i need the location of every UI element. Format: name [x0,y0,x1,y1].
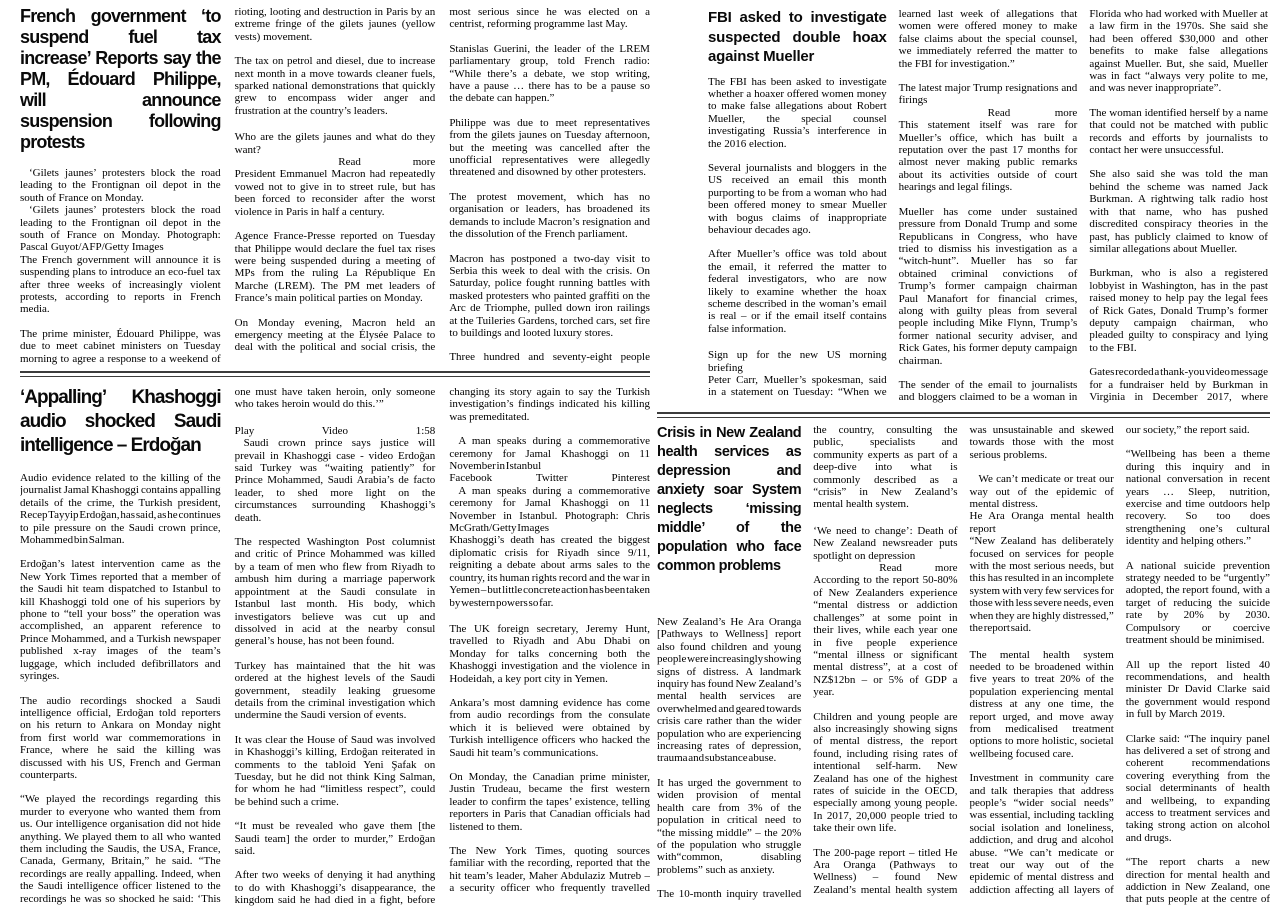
related-article-link[interactable]: The latest major Trump resignations and … [899,82,1078,107]
paragraph: According to the report 50-80% of New Ze… [813,574,957,698]
paragraph: Philippe was due to meet representatives… [449,117,650,179]
paragraph: Agence France-Presse reported on Tuesday… [235,230,436,304]
paragraph: ‘Gilets jaunes’ protesters block the roa… [20,204,221,254]
paragraph: Clarke said: “The inquiry panel has deli… [1126,733,1270,845]
article-body-khashoggi: Audio evidence related to the killing of… [20,386,650,907]
article-headline-fbi: FBI asked to investigate suspected doubl… [708,8,887,67]
paragraph: After Mueller’s office was told about th… [708,248,887,335]
paragraph: The FBI has been asked to investigate wh… [708,76,887,150]
article-khashoggi-audio: ‘Appalling’ Khashoggi audio shocked Saud… [20,386,650,907]
paragraph: President Emmanuel Macron had repeatedly… [235,168,436,218]
paragraph: It was clear the House of Saud was invol… [235,734,436,808]
paragraph: Saudi crown prince says justice will pre… [235,437,436,524]
paragraph: The tax on petrol and diesel, due to inc… [235,55,436,117]
section-divider-rule-right [657,412,1270,418]
paragraph: The protest movement, which has no organ… [449,191,650,241]
read-more-link[interactable]: Read more [813,562,957,574]
paragraph: The woman identified herself by a name t… [1089,107,1268,157]
paragraph: “It must be revealed who gave them [the … [235,820,436,857]
paragraph: The French government will announce it i… [20,254,221,316]
paragraph: On Monday, the Canadian prime minister, … [449,771,650,833]
play-video-link[interactable]: Play Video 1:58 [235,425,436,437]
article-fbi-mueller-hoax: FBI asked to investigate suspected doubl… [708,8,1268,407]
article-headline-french: French government ‘to suspend fuel tax i… [20,6,221,153]
article-headline-nz: Crisis in New Zealand health services as… [657,424,801,576]
paragraph: Turkey has maintained that the hit was o… [235,660,436,722]
paragraph: All up the report listed 40 recommendati… [1126,659,1270,721]
paragraph: This statement itself was rare for Muell… [899,119,1078,193]
paragraph: She also said she was told the man behin… [1089,168,1268,255]
paragraph: He Ara Oranga mental health report [970,510,1114,535]
read-more-link[interactable]: Read more [899,107,1078,119]
paragraph: New Zealand’s He Ara Oranga [Pathways to… [657,616,801,765]
paragraph: “Wellbeing has been a theme during this … [1126,448,1270,547]
paragraph: A man speaks during a commemorative cere… [449,485,650,535]
paragraph: The respected Washington Post columnist … [235,536,436,648]
paragraph: ‘Gilets jaunes’ protesters block the roa… [20,167,221,204]
social-share-links[interactable]: Facebook Twitter Pinterest [449,472,650,484]
article-french-fuel-tax: French government ‘to suspend fuel tax i… [20,6,650,366]
signup-link[interactable]: Sign up for the new US morning briefing [708,349,887,374]
paragraph: “New Zealand has deliberately focused on… [970,535,1114,634]
related-article-link[interactable]: ‘We need to change’: Death of New Zealan… [813,525,957,562]
paragraph: Khashoggi’s death has created the bigges… [449,534,650,608]
paragraph: We can’t medicate or treat our way out o… [970,473,1114,510]
paragraph: Stanislas Guerini, the leader of the LRE… [449,43,650,105]
paragraph: Children and young people are also incre… [813,711,957,835]
paragraph: The UK foreign secretary, Jeremy Hunt, t… [449,623,650,685]
paragraph: A man speaks during a commemorative cere… [449,435,650,472]
related-article-link[interactable]: Who are the gilets jaunes and what do th… [235,131,436,156]
paragraph: Burkman, who is also a registered lobbyi… [1089,267,1268,354]
paragraph: It has urged the government to widen pro… [657,777,801,876]
paragraph: The audio recordings shocked a Saudi int… [20,695,221,782]
article-body-fbi: The FBI has been asked to investigate wh… [708,8,1268,407]
paragraph: Erdoğan’s latest intervention came as th… [20,558,221,682]
paragraph: Audio evidence related to the killing of… [20,472,221,546]
newspaper-page: French government ‘to suspend fuel tax i… [0,0,1276,907]
paragraph: A national suicide prevention strategy n… [1126,560,1270,647]
paragraph: Several journalists and bloggers in the … [708,162,887,236]
article-nz-health-crisis: Crisis in New Zealand health services as… [657,424,1270,907]
article-headline-khashoggi: ‘Appalling’ Khashoggi audio shocked Saud… [20,386,221,458]
paragraph: Ankara’s most damning evidence has come … [449,697,650,759]
paragraph: The mental health system needed to be br… [970,649,1114,761]
paragraph: Mueller has come under sustained pressur… [899,206,1078,367]
read-more-link[interactable]: Read more [235,156,436,168]
section-divider-rule-left [20,371,650,377]
paragraph: Macron has postponed a two-day visit to … [449,253,650,340]
